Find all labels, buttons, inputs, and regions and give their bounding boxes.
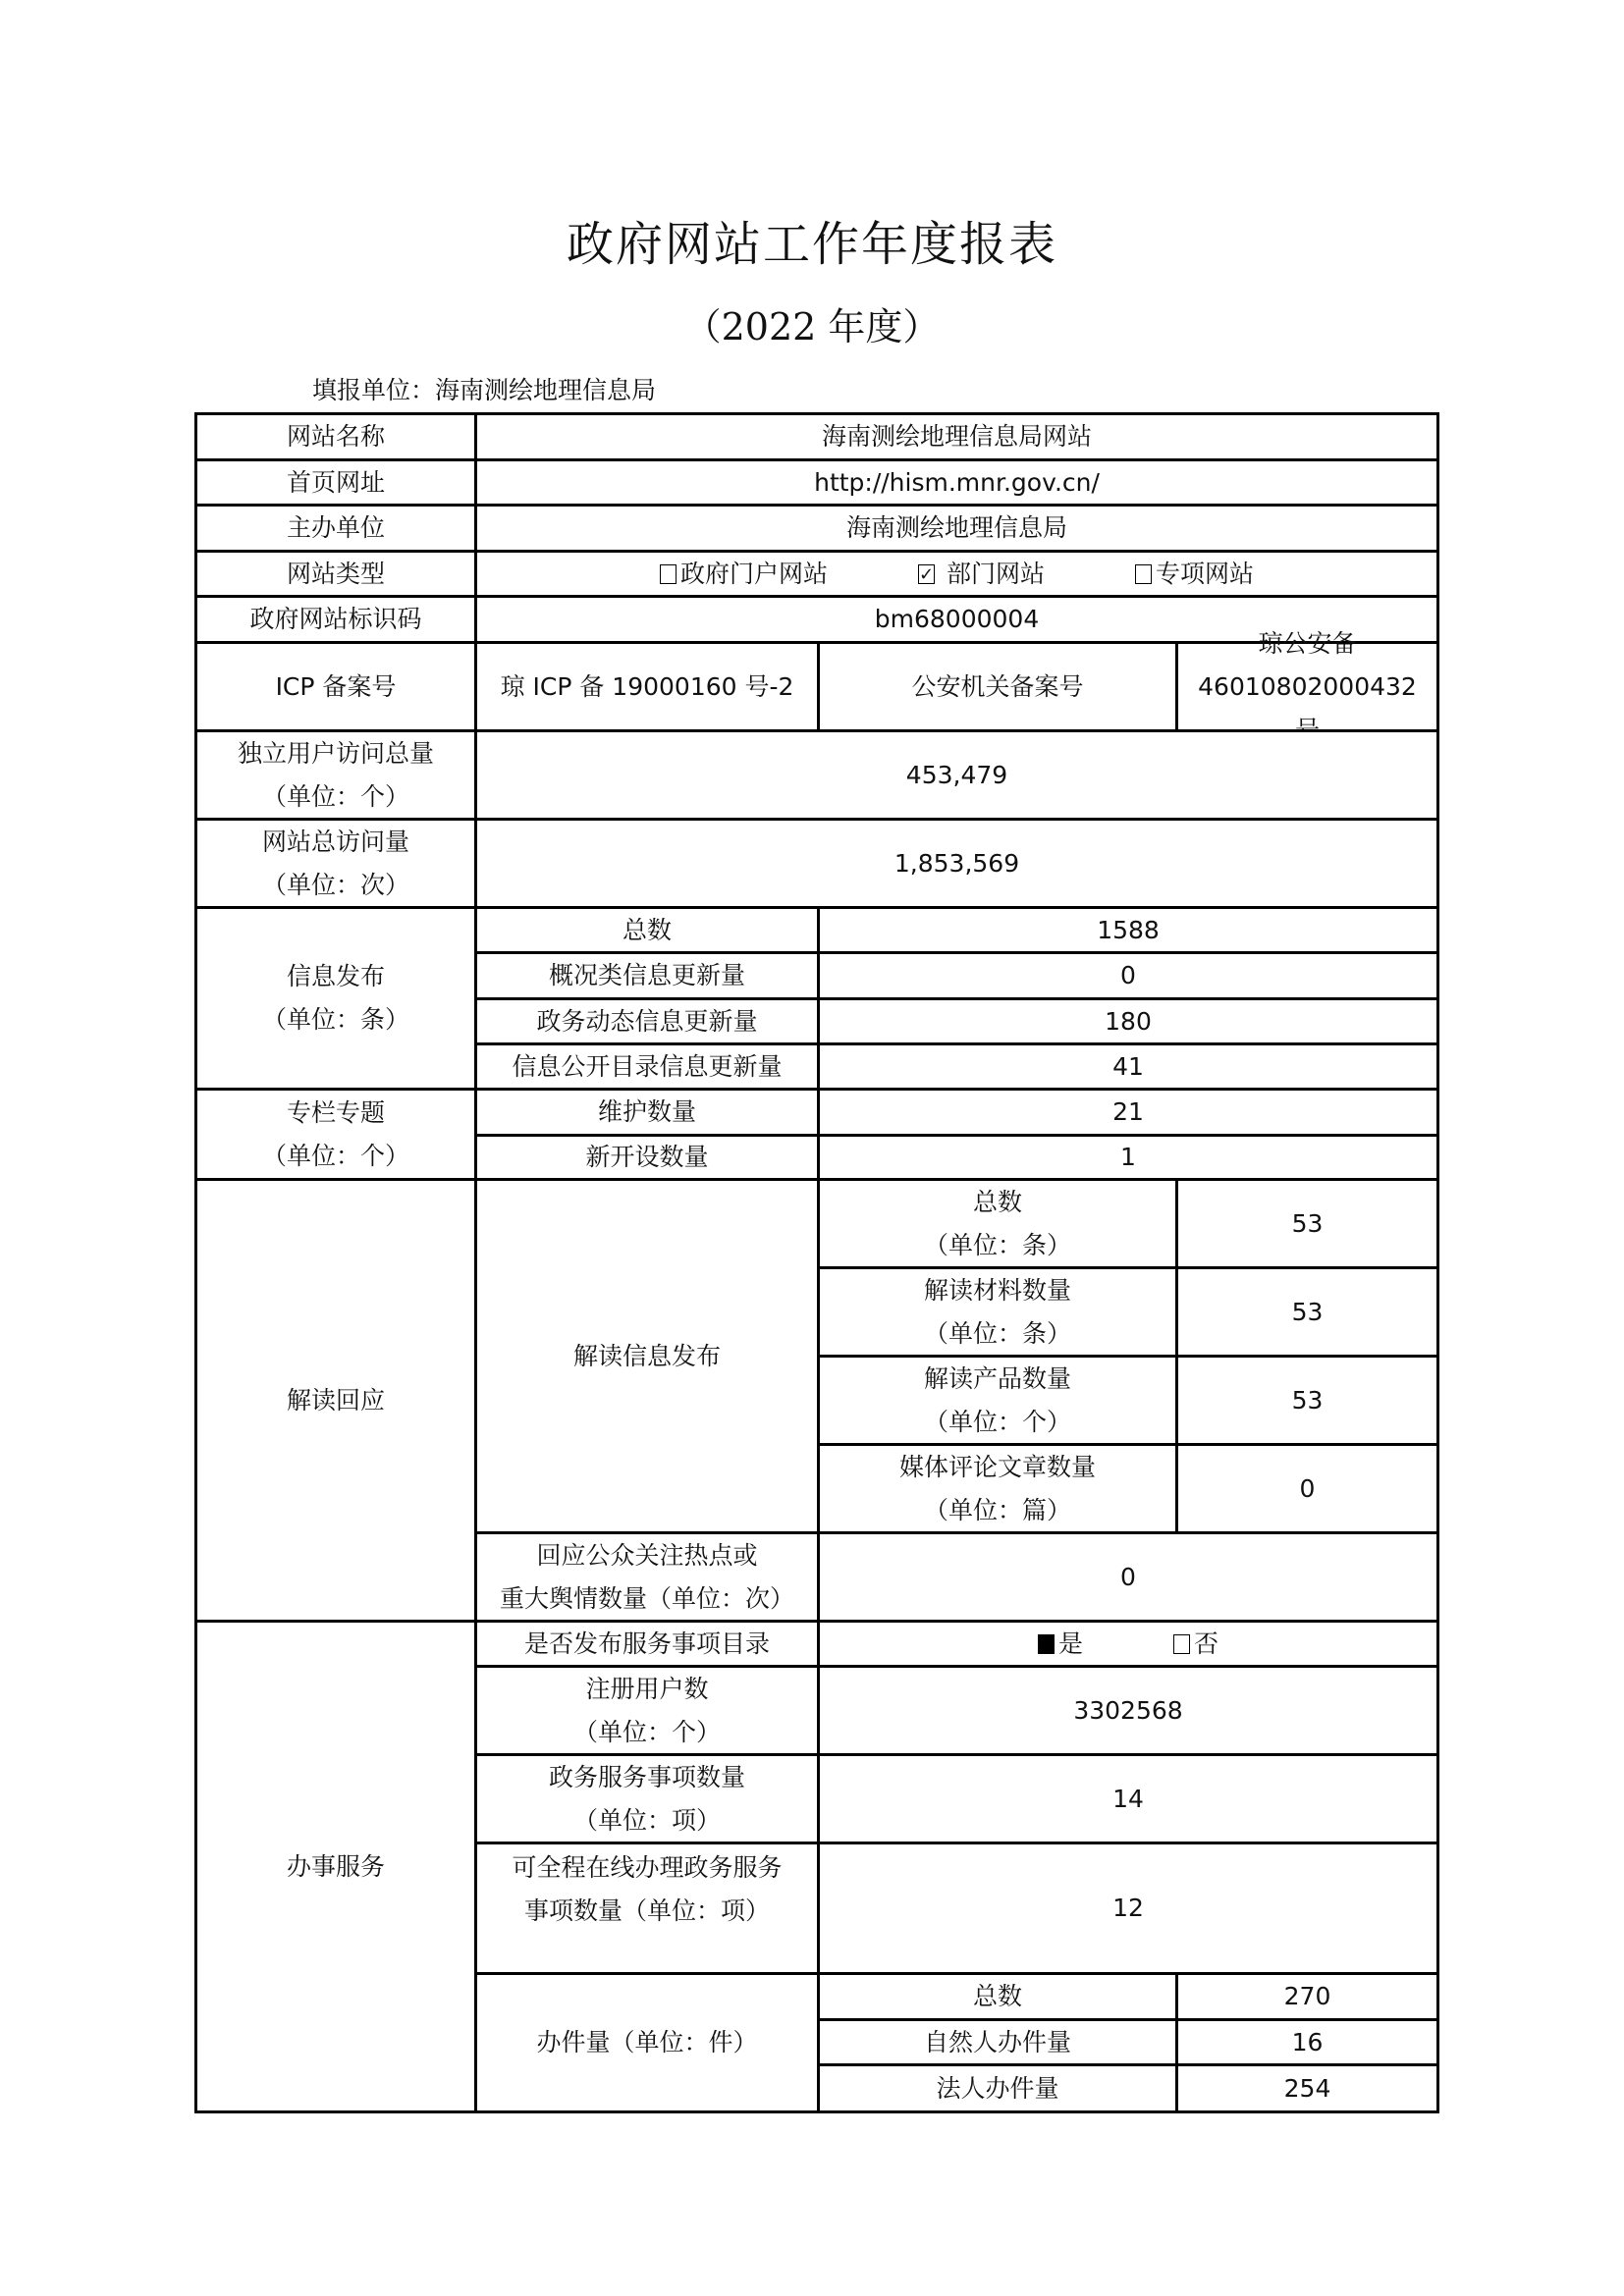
report-title: 政府网站工作年度报表 <box>0 206 1624 274</box>
interpret-row-value: 53 <box>1175 1266 1439 1358</box>
interpret-row-label: 解读产品数量（单位：个） <box>817 1355 1178 1446</box>
checkbox-filled-icon[interactable] <box>1038 1634 1055 1654</box>
online-items-value: 12 <box>817 1842 1439 1975</box>
report-year: （2022 年度） <box>0 296 1624 350</box>
homepage-label: 首页网址 <box>194 458 477 507</box>
site-name-label: 网站名称 <box>194 412 477 461</box>
catalog-options: 是 否 <box>817 1620 1439 1668</box>
columns-row-value: 1 <box>817 1134 1439 1181</box>
columns-row-value: 21 <box>817 1088 1439 1137</box>
checkbox-unchecked-icon[interactable] <box>1173 1634 1190 1654</box>
info-publish-row-value: 180 <box>817 997 1439 1045</box>
volume-label: 办件量（单位：件） <box>474 1972 820 2113</box>
response-value: 0 <box>817 1531 1439 1623</box>
police-record-value: 琼公安备46010802000432 号 <box>1175 641 1439 732</box>
homepage-value: http://hism.mnr.gov.cn/ <box>474 458 1439 507</box>
checkbox-unchecked-icon[interactable] <box>1135 564 1152 584</box>
info-publish-label: 信息发布（单位：条） <box>194 906 477 1091</box>
total-visits-value: 1,853,569 <box>474 818 1439 909</box>
registered-users-label: 注册用户数（单位：个） <box>474 1665 820 1756</box>
volume-row-label: 自然人办件量 <box>817 2018 1178 2066</box>
interpret-row-value: 53 <box>1175 1178 1439 1269</box>
volume-row-label: 总数 <box>817 1972 1178 2021</box>
service-items-label: 政务服务事项数量（单位：项） <box>474 1753 820 1844</box>
service-items-value: 14 <box>817 1753 1439 1844</box>
interpret-row-value: 53 <box>1175 1355 1439 1446</box>
interpret-row-value: 0 <box>1175 1443 1439 1534</box>
filler-unit: 填报单位：海南测绘地理信息局 <box>312 371 656 406</box>
checkbox-unchecked-icon[interactable] <box>660 564 677 584</box>
site-type-options: 政府门户网站 部门网站 专项网站 <box>474 550 1439 598</box>
columns-row-label: 维护数量 <box>474 1088 820 1137</box>
catalog-label: 是否发布服务事项目录 <box>474 1620 820 1668</box>
icp-value: 琼 ICP 备 19000160 号-2 <box>474 641 820 732</box>
checkbox-checked-icon[interactable] <box>918 564 935 584</box>
info-publish-row-value: 41 <box>817 1042 1439 1091</box>
info-publish-row-label: 政务动态信息更新量 <box>474 997 820 1045</box>
interpret-publish-label: 解读信息发布 <box>474 1178 820 1534</box>
volume-row-value: 270 <box>1175 1972 1439 2021</box>
sponsor-label: 主办单位 <box>194 504 477 553</box>
interpret-row-label: 解读材料数量（单位：条） <box>817 1266 1178 1358</box>
columns-row-label: 新开设数量 <box>474 1134 820 1181</box>
catalog-option-yes[interactable]: 是 <box>1038 1623 1083 1666</box>
online-items-label: 可全程在线办理政务服务事项数量（单位：项） <box>474 1842 820 1975</box>
volume-row-value: 16 <box>1175 2018 1439 2066</box>
unique-visits-label: 独立用户访问总量（单位：个） <box>194 729 477 821</box>
info-publish-row-value: 0 <box>817 951 1439 1000</box>
site-type-label: 网站类型 <box>194 550 477 598</box>
type-option-department[interactable]: 部门网站 <box>918 553 1045 596</box>
catalog-option-no[interactable]: 否 <box>1173 1623 1218 1666</box>
info-publish-row-label: 总数 <box>474 906 820 954</box>
police-record-label: 公安机关备案号 <box>817 641 1178 732</box>
icp-label: ICP 备案号 <box>194 641 477 732</box>
sponsor-value: 海南测绘地理信息局 <box>474 504 1439 553</box>
id-code-label: 政府网站标识码 <box>194 595 477 644</box>
columns-label: 专栏专题（单位：个） <box>194 1088 477 1181</box>
unique-visits-value: 453,479 <box>474 729 1439 821</box>
info-publish-row-label: 概况类信息更新量 <box>474 951 820 1000</box>
filler-value: 海南测绘地理信息局 <box>435 376 656 404</box>
interpret-row-label: 总数（单位：条） <box>817 1178 1178 1269</box>
info-publish-row-value: 1588 <box>817 906 1439 954</box>
services-label: 办事服务 <box>194 1620 477 2113</box>
site-name-value: 海南测绘地理信息局网站 <box>474 412 1439 461</box>
info-publish-row-label: 信息公开目录信息更新量 <box>474 1042 820 1091</box>
volume-row-label: 法人办件量 <box>817 2063 1178 2113</box>
interpret-row-label: 媒体评论文章数量（单位：篇） <box>817 1443 1178 1534</box>
response-label: 回应公众关注热点或重大舆情数量（单位：次） <box>474 1531 820 1623</box>
interpret-label: 解读回应 <box>194 1178 477 1623</box>
filler-label: 填报单位： <box>312 376 435 404</box>
volume-row-value: 254 <box>1175 2063 1439 2113</box>
total-visits-label: 网站总访问量（单位：次） <box>194 818 477 909</box>
type-option-special[interactable]: 专项网站 <box>1135 553 1254 596</box>
registered-users-value: 3302568 <box>817 1665 1439 1756</box>
type-option-portal[interactable]: 政府门户网站 <box>660 553 828 596</box>
